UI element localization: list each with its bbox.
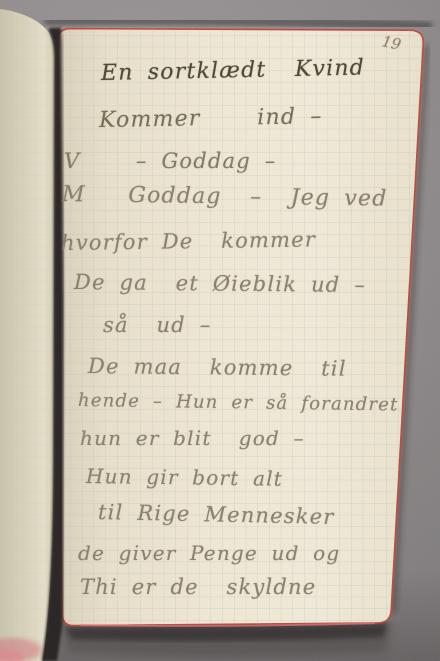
handwriting-line: hun er blit god – xyxy=(80,428,305,448)
handwriting-line: Hun gir bort alt xyxy=(86,466,283,489)
handwriting-line: så ud – xyxy=(103,315,211,336)
notebook-photo: 19 En sortklædt Kvind Kommer ind – V – G… xyxy=(0,0,440,661)
handwriting-line: hvorfor De kommer xyxy=(61,229,316,254)
handwriting-line: til Rige Mennesker xyxy=(98,502,335,528)
handwriting-line: En sortklædt Kvind xyxy=(101,57,365,85)
handwriting-line: Thi er de skyldne xyxy=(80,577,316,598)
handwriting-line: de giver Penge ud og xyxy=(78,543,340,563)
page-number: 19 xyxy=(380,34,402,53)
handwriting-line: M Goddag – Jeg ved xyxy=(62,184,388,211)
handwriting-line: De maa komme til xyxy=(88,356,347,380)
handwriting-line: De ga et Øieblik ud – xyxy=(74,272,366,296)
handwriting-layer: 19 En sortklædt Kvind Kommer ind – V – G… xyxy=(0,0,440,661)
handwriting-line: Kommer ind – xyxy=(99,106,323,132)
handwriting-line: V – Goddag – xyxy=(64,151,276,172)
handwriting-line: hende – Hun er så forandret xyxy=(78,392,399,414)
